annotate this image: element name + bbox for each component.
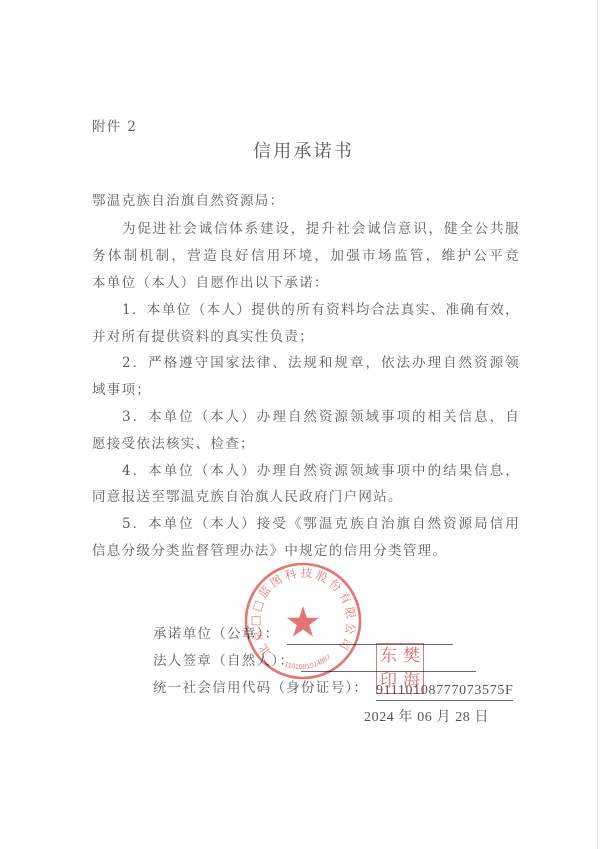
addressee: 鄂温克族自治旗自然资源局： xyxy=(92,191,284,211)
personal-seal: 东 樊 印 海 xyxy=(376,643,424,694)
commitment-3-line-2: 愿接受依法核实、检查； xyxy=(92,434,520,454)
commitment-5-line-1: 5．本单位（本人）接受《鄂温克族自治旗自然资源局信用 xyxy=(92,514,520,534)
intro-line-3: 本单位（本人）自愿作出以下承诺： xyxy=(92,273,520,293)
page-edge xyxy=(597,0,598,849)
company-seal-icon: 北京□□蓝图科技股份有限公司 1101081014887 xyxy=(240,558,366,684)
signing-date: 2024 年 06 月 28 日 xyxy=(364,708,489,728)
intro-line-1: 为促进社会诚信体系建设，提升社会诚信意识，健全公共服 xyxy=(92,219,520,239)
personal-seal-char: 海 xyxy=(400,669,423,694)
commitment-3-line-1: 3．本单位（本人）办理自然资源领域事项的相关信息，自 xyxy=(92,407,520,427)
company-seal-number: 1101081014887 xyxy=(283,654,332,671)
commitment-2-line-2: 域事项； xyxy=(92,380,520,400)
commitment-1-line-2: 并对所有提供资料的真实性负责； xyxy=(92,327,520,347)
seal-star-icon xyxy=(287,606,319,637)
commitment-4-line-1: 4．本单位（本人）办理自然资源领域事项中的结果信息， xyxy=(92,461,520,481)
personal-seal-char: 印 xyxy=(377,669,400,694)
personal-seal-char: 樊 xyxy=(400,644,423,669)
commitment-4-line-2: 同意报送至鄂温克族自治旗人民政府门户网站。 xyxy=(92,487,520,507)
intro-line-2: 务体制机制，营造良好信用环境，加强市场监管，维护公平竞争， xyxy=(92,246,520,266)
commitment-1-line-1: 1．本单位（本人）提供的所有资料均合法真实、准确有效， xyxy=(92,300,520,320)
svg-text:1101081014887: 1101081014887 xyxy=(283,654,332,671)
document-title: 信用承诺书 xyxy=(253,140,354,164)
attachment-label: 附件 2 xyxy=(92,117,137,137)
personal-seal-char: 东 xyxy=(377,644,400,669)
commitment-2-line-1: 2．严格遵守国家法律、法规和规章，依法办理自然资源领 xyxy=(92,353,520,373)
